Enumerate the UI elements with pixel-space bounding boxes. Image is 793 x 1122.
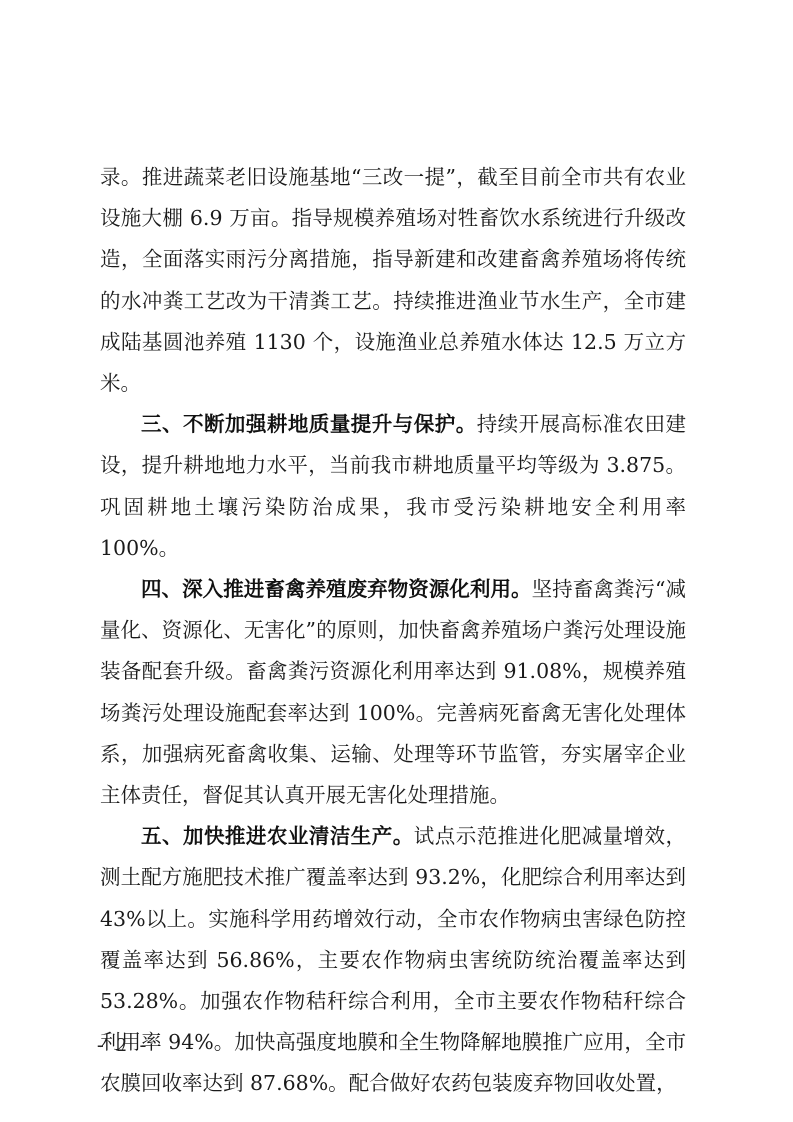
paragraph-heading: 三、不断加强耕地质量提升与保护。 [141,412,477,436]
page-number: - 2 - [97,1034,150,1057]
paragraph-farmland-quality: 三、不断加强耕地质量提升与保护。持续开展高标准农田建设，提升耕地地力水平，当前我… [100,404,686,569]
paragraph-heading: 四、深入推进畜禽养殖废弃物资源化利用。 [141,577,532,601]
paragraph-livestock-waste: 四、深入推进畜禽养殖废弃物资源化利用。坚持畜禽粪污“减量化、资源化、无害化”的原… [100,569,686,816]
paragraph-clean-production: 五、加快推进农业清洁生产。试点示范推进化肥减量增效，测土配方施肥技术推广覆盖率达… [100,816,686,1104]
paragraph-text: 试点示范推进化肥减量增效，测土配方施肥技术推广覆盖率达到 93.2%，化肥综合利… [100,824,686,1095]
paragraph-text: 录。推进蔬菜老旧设施基地“三改一提”，截至目前全市共有农业设施大棚 6.9 万亩… [100,165,686,395]
paragraph-heading: 五、加快推进农业清洁生产。 [141,824,414,848]
document-body: 录。推进蔬菜老旧设施基地“三改一提”，截至目前全市共有农业设施大棚 6.9 万亩… [100,157,686,1105]
paragraph-facilities: 录。推进蔬菜老旧设施基地“三改一提”，截至目前全市共有农业设施大棚 6.9 万亩… [100,157,686,404]
document-page: 录。推进蔬菜老旧设施基地“三改一提”，截至目前全市共有农业设施大棚 6.9 万亩… [0,0,793,1122]
paragraph-text: 坚持畜禽粪污“减量化、资源化、无害化”的原则，加快畜禽养殖场户粪污处理设施装备配… [100,577,686,807]
